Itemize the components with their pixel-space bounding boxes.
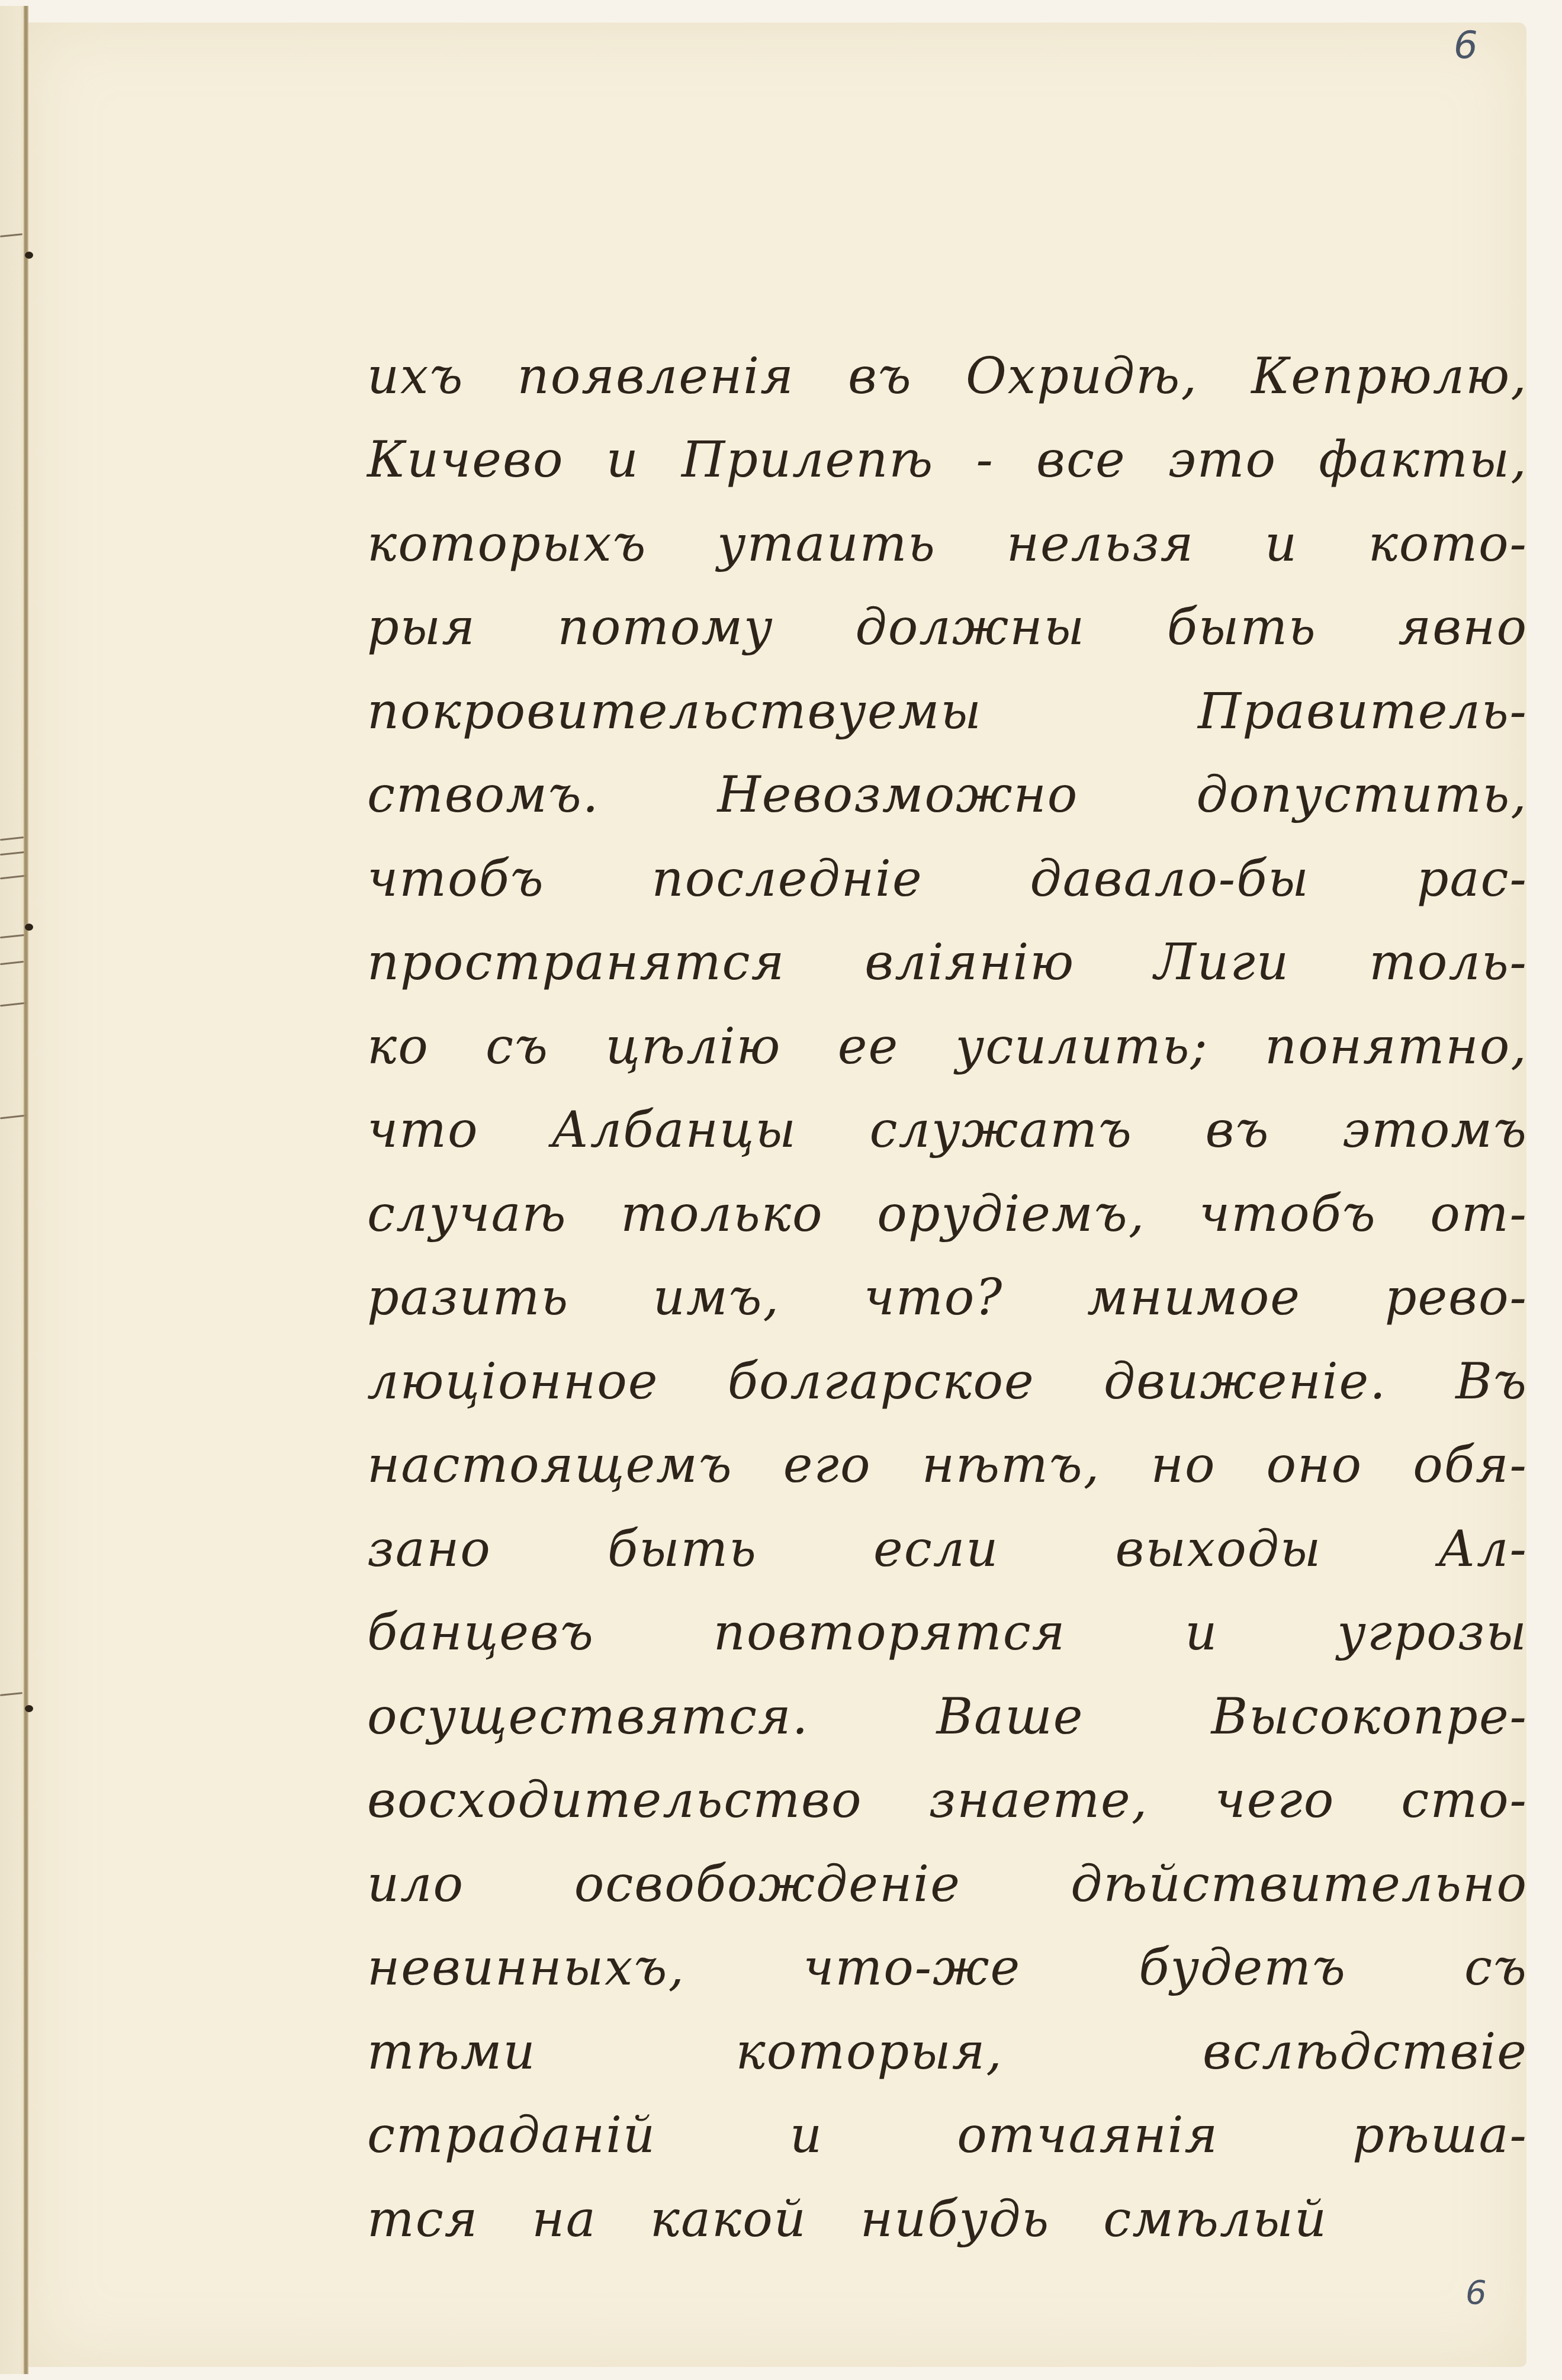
manuscript-word: но: [1151, 1436, 1216, 1494]
manuscript-line: тѣмикоторыя,вслѣдствіе: [367, 2007, 1528, 2091]
manuscript-word: вліянію: [864, 933, 1075, 991]
manuscript-word: и: [790, 2106, 823, 2164]
manuscript-word: настоящемъ: [367, 1436, 733, 1494]
manuscript-word: нибудь: [860, 2190, 1050, 2248]
manuscript-word: понятно,: [1265, 1017, 1528, 1075]
manuscript-word: от-: [1430, 1185, 1528, 1243]
manuscript-word: которыхъ: [367, 514, 647, 573]
manuscript-line: страданійиотчаяніярѣша-: [367, 2091, 1528, 2175]
binding-spine: [24, 6, 28, 2374]
manuscript-line: разитьимъ,что?мнимоерево-: [367, 1253, 1528, 1337]
manuscript-word: въ: [1206, 1101, 1270, 1159]
manuscript-word: нельзя: [1007, 514, 1195, 573]
manuscript-word: Албанцы: [551, 1101, 797, 1159]
manuscript-text: ихъпоявленіявъОхридѣ,Кепрюлю,КичевоиПрил…: [367, 332, 1528, 2259]
manuscript-word: имъ,: [653, 1268, 780, 1326]
manuscript-word: смѣлый: [1103, 2190, 1328, 2248]
manuscript-line: невинныхъ,что-жебудетъсъ: [367, 1924, 1528, 2008]
manuscript-word: это: [1168, 430, 1277, 488]
manuscript-line: ихъпоявленіявъОхридѣ,Кепрюлю,: [367, 332, 1528, 416]
manuscript-word: на: [532, 2190, 596, 2248]
manuscript-line: настоящемъегонѣтъ,ноонообя-: [367, 1421, 1528, 1505]
manuscript-line: банцевъповторятсяиугрозы: [367, 1588, 1528, 1673]
manuscript-word: страданій: [367, 2106, 656, 2164]
manuscript-word: Прилепѣ: [682, 430, 934, 488]
manuscript-word: кото-: [1368, 514, 1528, 573]
manuscript-word: и: [606, 430, 639, 488]
manuscript-word: обя-: [1413, 1436, 1528, 1494]
manuscript-word: выходы: [1116, 1520, 1322, 1578]
manuscript-line: ствомъ.Невозможнодопустить,: [367, 751, 1528, 835]
manuscript-word: что: [367, 1101, 478, 1159]
manuscript-word: что-же: [803, 1938, 1021, 1996]
manuscript-word: Правитель-: [1198, 682, 1528, 740]
manuscript-line: осуществятся.ВашеВысокопре-: [367, 1672, 1528, 1756]
manuscript-word: банцевъ: [367, 1603, 594, 1661]
manuscript-word: пространятся: [367, 933, 785, 991]
manuscript-word: разить: [367, 1268, 569, 1326]
manuscript-word: этомъ: [1342, 1101, 1528, 1159]
manuscript-word: его: [783, 1436, 872, 1494]
manuscript-line: которыхъутаитьнельзяикото-: [367, 499, 1528, 583]
manuscript-word: покровительствуемы: [367, 682, 982, 740]
manuscript-word: тѣми: [367, 2022, 536, 2080]
manuscript-word: невинныхъ,: [367, 1938, 685, 1996]
manuscript-line: восходительствознаете,чегосто-: [367, 1756, 1528, 1840]
manuscript-word: какой: [650, 2190, 807, 2248]
manuscript-word: рыя: [367, 598, 476, 656]
manuscript-word: что?: [864, 1268, 1004, 1326]
manuscript-word: Ал-: [1438, 1520, 1528, 1578]
manuscript-word: и: [1265, 514, 1298, 573]
manuscript-word: Кичево: [367, 430, 564, 488]
manuscript-line: чтоАлбанцыслужатъвъэтомъ: [367, 1086, 1528, 1170]
manuscript-word: въ: [848, 347, 912, 405]
manuscript-word: которыя,: [736, 2022, 1003, 2080]
manuscript-line: рыяпотомудолжныбытьявно: [367, 583, 1528, 667]
manuscript-word: знаете,: [928, 1771, 1148, 1829]
manuscript-word: все: [1036, 430, 1126, 488]
manuscript-word: зано: [367, 1520, 491, 1578]
manuscript-word: только: [621, 1185, 823, 1243]
manuscript-word: ило: [367, 1855, 464, 1913]
manuscript-word: съ: [1464, 1938, 1528, 1996]
manuscript-word: давало-бы: [1030, 850, 1309, 908]
folio-number-top: 6: [1454, 24, 1478, 67]
manuscript-word: рас-: [1417, 850, 1528, 908]
manuscript-line: чтобъпоследніедавало-бырас-: [367, 834, 1528, 918]
manuscript-word: угрозы: [1337, 1603, 1528, 1661]
manuscript-word: если: [873, 1520, 999, 1578]
manuscript-word: отчаянія: [957, 2106, 1219, 2164]
manuscript-word: факты,: [1319, 430, 1528, 488]
manuscript-word: и: [1185, 1603, 1218, 1661]
manuscript-word: орудіемъ,: [877, 1185, 1145, 1243]
folio-number-bottom: 6: [1465, 2273, 1487, 2312]
manuscript-word: освобожденіе: [574, 1855, 961, 1913]
manuscript-line: покровительствуемыПравитель-: [367, 667, 1528, 751]
manuscript-word: появленія: [518, 347, 795, 405]
manuscript-word: быть: [608, 1520, 757, 1578]
manuscript-word: ихъ: [367, 347, 464, 405]
manuscript-word: ствомъ.: [367, 766, 600, 824]
manuscript-word: Охридѣ,: [966, 347, 1198, 405]
manuscript-word: Лиги: [1154, 933, 1290, 991]
manuscript-word: цѣлію: [605, 1017, 781, 1075]
manuscript-word: Ваше: [936, 1687, 1084, 1745]
manuscript-word: чтобъ: [367, 850, 545, 908]
binding-hole: [25, 252, 33, 259]
manuscript-word: движеніе.: [1104, 1352, 1387, 1410]
binding-hole: [25, 924, 33, 931]
manuscript-word: осуществятся.: [367, 1687, 809, 1745]
manuscript-word: явно: [1399, 598, 1528, 656]
manuscript-line: занобытьесливыходыАл-: [367, 1504, 1528, 1588]
manuscript-word: -: [976, 430, 994, 488]
manuscript-word: допустить,: [1196, 766, 1528, 824]
manuscript-word: утаить: [717, 514, 936, 573]
manuscript-word: восходительство: [367, 1771, 863, 1829]
manuscript-word: случаѣ: [367, 1185, 567, 1243]
manuscript-word: толь-: [1369, 933, 1528, 991]
manuscript-word: чего: [1214, 1771, 1335, 1829]
manuscript-word: оно: [1267, 1436, 1362, 1494]
manuscript-word: рево-: [1385, 1268, 1528, 1326]
manuscript-word: последніе: [652, 850, 923, 908]
manuscript-line: КичевоиПрилепѣ-всеэтофакты,: [367, 416, 1528, 500]
manuscript-word: усилить;: [956, 1017, 1209, 1075]
manuscript-word: вслѣдствіе: [1203, 2022, 1528, 2080]
manuscript-line: илоосвобожденіедѣйствительно: [367, 1839, 1528, 1924]
manuscript-line: люціонноеболгарскоедвиженіе.Въ: [367, 1337, 1528, 1421]
manuscript-word: повторятся: [713, 1603, 1066, 1661]
manuscript-word: рѣша-: [1352, 2106, 1528, 2164]
manuscript-word: ко: [367, 1017, 429, 1075]
manuscript-word: мнимое: [1087, 1268, 1301, 1326]
manuscript-word: Невозможно: [718, 766, 1079, 824]
manuscript-word: Кепрюлю,: [1251, 347, 1528, 405]
manuscript-line: пространятсявліяніюЛигитоль-: [367, 918, 1528, 1002]
manuscript-line: косъцѣліюееусилить;понятно,: [367, 1002, 1528, 1086]
manuscript-word: нѣтъ,: [922, 1436, 1101, 1494]
manuscript-word: потому: [558, 598, 774, 656]
manuscript-word: люціонное: [367, 1352, 658, 1410]
manuscript-word: будетъ: [1139, 1938, 1346, 1996]
manuscript-word: чтобъ: [1199, 1185, 1377, 1243]
manuscript-word: съ: [486, 1017, 549, 1075]
manuscript-word: служатъ: [870, 1101, 1133, 1159]
manuscript-line: тсянакакойнибудьсмѣлый: [367, 2175, 1528, 2259]
binding-hole: [25, 1705, 33, 1712]
manuscript-word: сто-: [1401, 1771, 1528, 1829]
manuscript-word: Высокопре-: [1211, 1687, 1528, 1745]
manuscript-word: дѣйствительно: [1071, 1855, 1528, 1913]
manuscript-word: тся: [367, 2190, 478, 2248]
manuscript-line: случаѣтолькоорудіемъ,чтобъот-: [367, 1169, 1528, 1253]
manuscript-word: болгарское: [728, 1352, 1035, 1410]
manuscript-word: должны: [856, 598, 1086, 656]
manuscript-word: Въ: [1455, 1352, 1528, 1410]
manuscript-word: ее: [838, 1017, 899, 1075]
manuscript-word: быть: [1167, 598, 1317, 656]
